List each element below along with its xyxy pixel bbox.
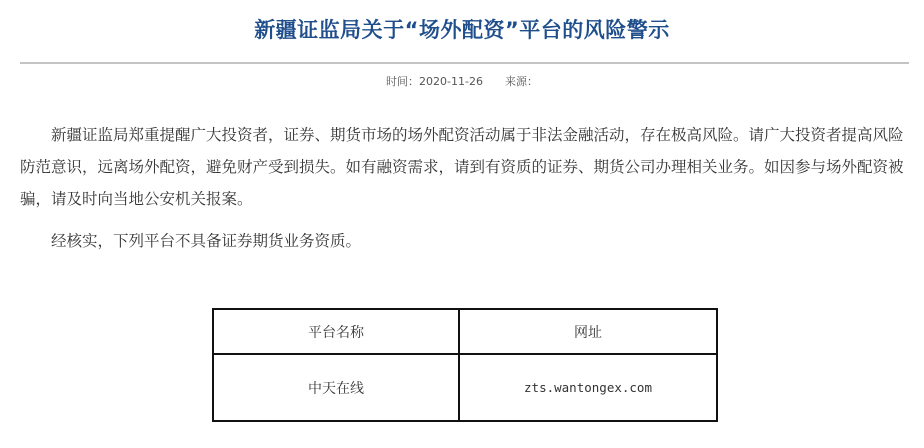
article-body: 新疆证监局郑重提醒广大投资者，证券、期货市场的场外配资活动属于非法金融活动，存在… <box>20 119 904 257</box>
page-title: 新疆证监局关于“场外配资”平台的风险警示 <box>0 14 924 44</box>
table-row: 中天在线 zts.wantongex.com <box>213 354 717 421</box>
publish-date: 2020-11-26 <box>419 75 483 88</box>
platform-url-cell: zts.wantongex.com <box>459 354 717 421</box>
article-meta: 时间：2020-11-26来源： <box>0 73 924 89</box>
paragraph-verification: 经核实，下列平台不具备证券期货业务资质。 <box>20 225 904 257</box>
table-header-row: 平台名称 网址 <box>213 309 717 354</box>
header-platform-name: 平台名称 <box>213 309 459 354</box>
header-url: 网址 <box>459 309 717 354</box>
time-label: 时间： <box>386 75 419 88</box>
platform-table: 平台名称 网址 中天在线 zts.wantongex.com <box>212 308 718 422</box>
platform-name-cell: 中天在线 <box>213 354 459 421</box>
title-divider <box>20 62 909 64</box>
paragraph-warning: 新疆证监局郑重提醒广大投资者，证券、期货市场的场外配资活动属于非法金融活动，存在… <box>20 119 904 215</box>
source-label: 来源： <box>505 75 538 88</box>
